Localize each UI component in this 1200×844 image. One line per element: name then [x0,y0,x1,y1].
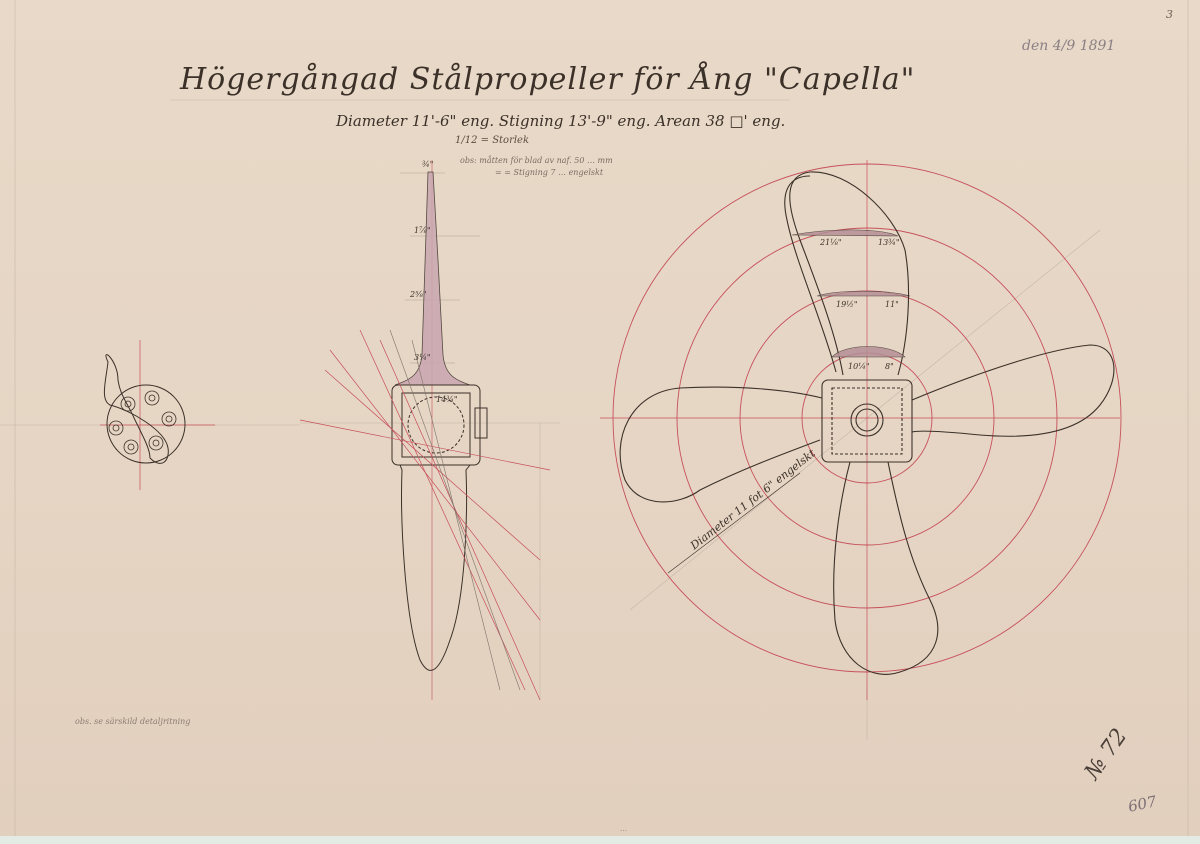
section-dim-left: 21⅛" [820,238,842,247]
corner-mark: 3 [1166,8,1173,21]
section-dim-right: 11" [885,300,899,309]
scan-edge [0,836,1200,844]
date-label: den 4/9 1891 [1022,38,1115,54]
stamp: … [620,825,627,833]
front-view [600,160,1121,700]
note-line-1: obs: måtten för blad av naf. 50 … mm [460,156,613,165]
note-line-2: = = Stigning 7 … engelskt [495,168,603,177]
thickness-label: ¾" [422,160,433,169]
hub-flange-view [100,340,215,490]
thickness-label: 2⅝" [410,290,427,299]
thickness-label: 1⅞" [414,226,431,235]
hub-dim-label: 14¾" [436,395,458,404]
footnote: obs. se särskild detaljritning [75,717,190,726]
section-dim-left: 19½" [836,300,858,309]
section-dim-right: 8" [885,362,894,371]
thickness-label: 3¼" [414,353,431,362]
subtitle-specs: Diameter 11'-6" eng. Stigning 13'-9" eng… [336,112,785,130]
section-dim-left: 10¼" [848,362,870,371]
page-title: Högergångad Stålpropeller för Ång "Capel… [180,62,915,97]
scale-label: 1/12 = Storlek [455,135,529,146]
side-section-view [300,160,550,700]
section-dim-right: 13¾" [878,238,900,247]
